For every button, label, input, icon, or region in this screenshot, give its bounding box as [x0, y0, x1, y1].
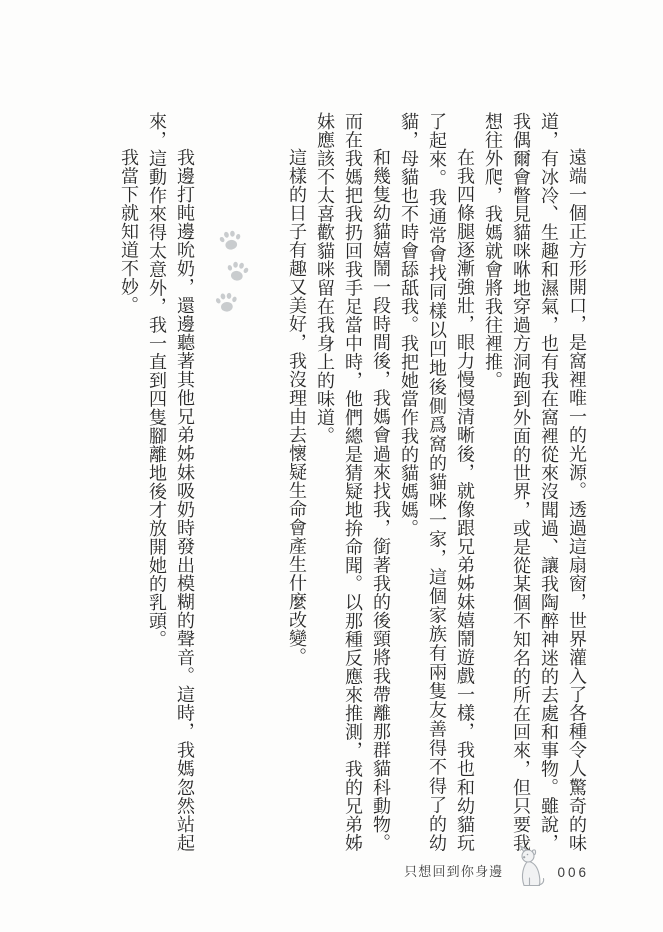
- paragraph: 遠端一個正方形開口，是窩裡唯一的光源。透過這扇窗，世界灌入了各種令人驚奇的味道，…: [479, 112, 591, 852]
- body-text: 遠端一個正方形開口，是窩裡唯一的光源。透過這扇窗，世界灌入了各種令人驚奇的味道，…: [85, 112, 591, 852]
- paw-print-icon: [216, 226, 245, 255]
- book-page: 遠端一個正方形開口，是窩裡唯一的光源。透過這扇窗，世界灌入了各種令人驚奇的味道，…: [0, 0, 663, 932]
- paragraph: 我邊打盹邊吮奶，還邊聽著其他兄弟姊妹吸奶時發出模糊的聲音。這時，我媽忽然站起來，…: [143, 112, 199, 852]
- page-footer: 只想回到你身邊 006: [404, 845, 589, 887]
- paragraph: 這樣的日子有趣又美好，我沒理由去懷疑生命會產生什麼改變。: [283, 112, 311, 852]
- dog-icon: [515, 845, 548, 887]
- paragraph: 和幾隻幼貓嬉鬧一段時間後，我媽會過來找我，銜著我的後頸將我帶離那群貓科動物。而在…: [311, 112, 395, 852]
- paw-print-icon: [223, 257, 252, 286]
- book-title: 只想回到你身邊: [404, 861, 503, 887]
- page-number: 006: [557, 865, 589, 887]
- paw-prints-decoration: [212, 228, 256, 324]
- paw-print-icon: [213, 289, 240, 316]
- paragraph: 我當下就知道不妙。: [115, 112, 143, 852]
- paragraph: 在我四條腿逐漸強壯，眼力慢慢清晰後，就像跟兄弟姊妹嬉鬧遊戲一樣，我也和幼貓玩了起…: [395, 112, 479, 852]
